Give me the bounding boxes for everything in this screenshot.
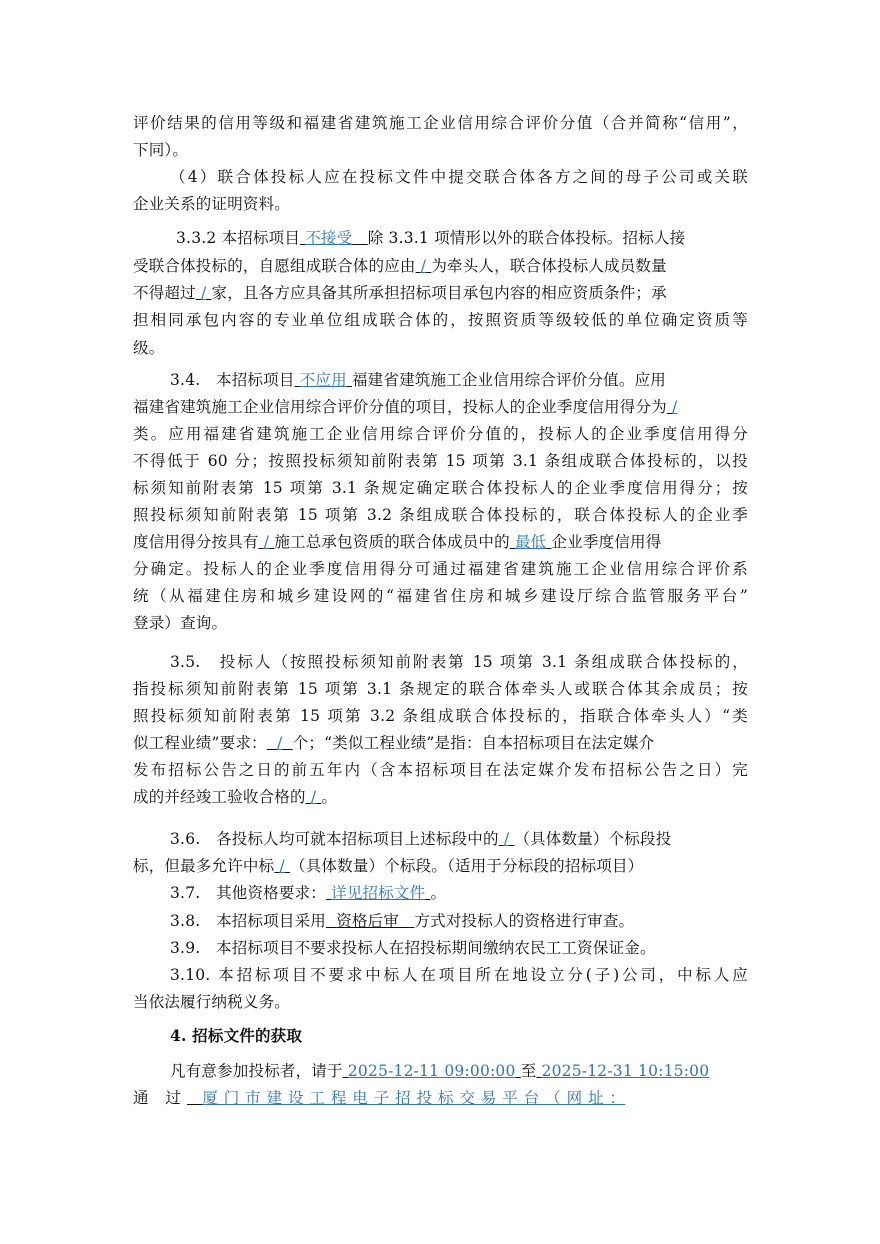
- text: 3.8. 本招标项目采用: [170, 912, 326, 930]
- text: 3.5. 投标人（按照投标须知前附表第 15 项第 3.1 条组成联合体投标的，: [170, 653, 748, 671]
- clause-3-9: 3.9. 本招标项目不要求投标人在招投标期间缴纳农民工工资保证金。: [170, 937, 748, 959]
- text: 受联合体投标的，自愿组成联合体的应由: [133, 257, 416, 275]
- text-line: 照投标须知前附表第 15 项第 3.2 条组成联合体投标的，联合体投标人的企业季: [133, 504, 748, 526]
- text: 登录）查询。: [133, 614, 227, 632]
- text: 成的并经竣工验收合格的: [133, 788, 306, 806]
- end-datetime-field: 2025-12-31 10:15:00: [542, 1062, 710, 1080]
- text: 照投标须知前附表第 15 项第 3.2 条组成联合体投标的，联合体投标人的企业季: [133, 506, 748, 524]
- credit-class-field: /: [672, 398, 677, 416]
- clause-3-10: 3.10. 本招标项目不要求中标人在项目所在地设立分(子)公司，中标人应: [170, 964, 748, 986]
- joint-bid-field: 不接受: [305, 229, 352, 247]
- text: 企业季度信用得: [552, 533, 662, 551]
- text: （具体数量）个标段。（适用于分标段的招标项目）: [290, 857, 643, 875]
- text-line: 登录）查询。: [133, 612, 748, 634]
- text-line: 统（从福建住房和城乡建设网的“福建省住房和城乡建设厅综合监管服务平台”: [133, 585, 748, 607]
- other-requirements-field: 详见招标文件: [331, 884, 425, 902]
- text-line: 不得超过 / 家，且各方应具备其所承担招标项目承包内容的相应资质条件；承: [133, 282, 748, 304]
- credit-apply-field: 不应用: [300, 371, 347, 389]
- text: 为牵头人，联合体投标人成员数量: [431, 257, 667, 275]
- text-line: 类。应用福建省建筑施工企业信用综合评价分值的，投标人的企业季度信用得分: [133, 423, 748, 445]
- text: 福建省建筑施工企业信用综合评价分值的项目，投标人的企业季度信用得分为: [133, 398, 667, 416]
- text-line: 评价结果的信用等级和福建省建筑施工企业信用综合评价分值（合并简称“信用”，: [133, 112, 748, 134]
- text: 企业关系的证明资料。: [133, 195, 290, 213]
- heading-text: 4. 招标文件的获取: [170, 1026, 302, 1045]
- start-datetime-field: 2025-12-11 09:00:00: [348, 1062, 516, 1080]
- text: 指投标须知前附表第 15 项第 3.1 条规定的联合体牵头人或联合体其余成员；按: [133, 680, 748, 698]
- text: 标须知前附表第 15 项第 3.1 条规定确定联合体投标人的企业季度信用得分；按: [133, 479, 748, 497]
- text: 个；“类似工程业绩”是指：自本招标项目在法定媒介: [293, 734, 655, 752]
- text: （4）联合体投标人应在投标文件中提交联合体各方之间的母子公司或关联: [170, 168, 748, 186]
- underline-pad: [399, 912, 414, 930]
- text: 标，但最多允许中标: [133, 857, 274, 875]
- text-line: 似工程业绩”要求： / 个；“类似工程业绩”是指：自本招标项目在法定媒介: [133, 732, 748, 754]
- text: 分确定。投标人的企业季度信用得分可通过福建省建筑施工企业信用综合评价系: [133, 560, 748, 578]
- text-line: 担相同承包内容的专业单位组成联合体的，按照资质等级较低的单位确定资质等: [133, 309, 748, 331]
- platform-line: 通 过 厦 门 市 建 设 工 程 电 子 招 投 标 交 易 平 台 （ 网 …: [133, 1087, 748, 1109]
- underline-pad: [187, 1089, 202, 1107]
- text: （具体数量）个标段投: [514, 830, 671, 848]
- text: 施工总承包资质的联合体成员中的: [274, 533, 510, 551]
- text: 3.4. 本招标项目: [170, 371, 295, 389]
- text: 除 3.3.1 项情形以外的联合体投标。招标人接: [368, 229, 686, 247]
- clause-3-7: 3.7. 其他资格要求： 详见招标文件 。: [170, 882, 748, 904]
- text: 级。: [133, 339, 164, 357]
- text-line: 企业关系的证明资料。: [133, 193, 748, 215]
- text: 照投标须知前附表第 15 项第 3.2 条组成联合体投标的，指联合体牵头人）“类: [133, 707, 748, 725]
- doc-acquisition-line: 凡有意参加投标者，请于 2025-12-11 09:00:00 至 2025-1…: [170, 1060, 748, 1082]
- text: 担相同承包内容的专业单位组成联合体的，按照资质等级较低的单位确定资质等: [133, 311, 748, 329]
- text-line: 下同）。: [133, 139, 748, 161]
- document-page: 评价结果的信用等级和福建省建筑施工企业信用综合评价分值（合并简称“信用”， 下同…: [0, 0, 880, 1244]
- clause-3-6: 3.6. 各投标人均可就本招标项目上述标段中的 / （具体数量）个标段投: [170, 828, 748, 850]
- text: 评价结果的信用等级和福建省建筑施工企业信用综合评价分值（合并简称“信用”，: [133, 114, 748, 132]
- text: 方式对投标人的资格进行审查。: [414, 912, 634, 930]
- text: 不得低于 60 分；按照投标须知前附表第 15 项第 3.1 条组成联合体投标的…: [133, 452, 748, 470]
- text-line: 受联合体投标的，自愿组成联合体的应由 / 为牵头人，联合体投标人成员数量: [133, 255, 748, 277]
- text: 似工程业绩”要求：: [133, 734, 267, 752]
- text-line: 成的并经竣工验收合格的 / 。: [133, 786, 748, 808]
- text: 发布招标公告之日的前五年内（含本招标项目在法定媒介发布招标公告之日）完: [133, 761, 748, 779]
- text-line: 指投标须知前附表第 15 项第 3.1 条规定的联合体牵头人或联合体其余成员；按: [133, 678, 748, 700]
- clause-3-8: 3.8. 本招标项目采用 资格后审 方式对投标人的资格进行审查。: [170, 910, 748, 932]
- underline-pad: [326, 912, 336, 930]
- text-line: 发布招标公告之日的前五年内（含本招标项目在法定媒介发布招标公告之日）完: [133, 759, 748, 781]
- text: 3.10. 本招标项目不要求中标人在项目所在地设立分(子)公司，中标人应: [170, 966, 748, 984]
- paragraph-4: （4）联合体投标人应在投标文件中提交联合体各方之间的母子公司或关联: [170, 166, 748, 188]
- text: 3.3.2 本招标项目: [176, 229, 300, 247]
- text: 3.9. 本招标项目不要求投标人在招投标期间缴纳农民工工资保证金。: [170, 939, 656, 957]
- text-line: 当依法履行纳税义务。: [133, 991, 748, 1013]
- text-line: 照投标须知前附表第 15 项第 3.2 条组成联合体投标的，指联合体牵头人）“类: [133, 705, 748, 727]
- review-method-field: 资格后审: [336, 912, 399, 930]
- text: 度信用得分按具有: [133, 533, 259, 551]
- text: 凡有意参加投标者，请于: [170, 1062, 343, 1080]
- text: 3.7. 其他资格要求：: [170, 884, 326, 902]
- text-line: 分确定。投标人的企业季度信用得分可通过福建省建筑施工企业信用综合评价系: [133, 558, 748, 580]
- text-line: 度信用得分按具有 / 施工总承包资质的联合体成员中的 最低 企业季度信用得: [133, 531, 748, 553]
- text-line: 标，但最多允许中标 / （具体数量）个标段。（适用于分标段的招标项目）: [133, 855, 748, 877]
- text-line: 级。: [133, 337, 748, 359]
- text: 不得超过: [133, 284, 196, 302]
- clause-3-3-2: 3.3.2 本招标项目 不接受 除 3.3.1 项情形以外的联合体投标。招标人接: [176, 227, 754, 249]
- text: 类。应用福建省建筑施工企业信用综合评价分值的，投标人的企业季度信用得分: [133, 425, 748, 443]
- clause-3-5: 3.5. 投标人（按照投标须知前附表第 15 项第 3.1 条组成联合体投标的，: [170, 651, 748, 673]
- text: 统（从福建住房和城乡建设网的“福建省住房和城乡建设厅综合监管服务平台”: [133, 587, 748, 605]
- underline-pad: [282, 734, 292, 752]
- underline-pad: [267, 734, 277, 752]
- text: 通 过: [133, 1089, 187, 1107]
- section-heading-4: 4. 招标文件的获取: [170, 1025, 748, 1047]
- text: 3.6. 各投标人均可就本招标项目上述标段中的: [170, 830, 499, 848]
- text: 。: [321, 788, 337, 806]
- text: 家，且各方应具备其所承担招标项目承包内容的相应资质条件；承: [212, 284, 667, 302]
- text: 。: [430, 884, 446, 902]
- clause-3-4: 3.4. 本招标项目 不应用 福建省建筑施工企业信用综合评价分值。应用: [170, 369, 748, 391]
- text: 下同）。: [133, 141, 188, 159]
- underline-pad: [352, 229, 367, 247]
- text-line: 标须知前附表第 15 项第 3.1 条规定确定联合体投标人的企业季度信用得分；按: [133, 477, 748, 499]
- text-line: 福建省建筑施工企业信用综合评价分值的项目，投标人的企业季度信用得分为 /: [133, 396, 748, 418]
- text: 福建省建筑施工企业信用综合评价分值。应用: [352, 371, 666, 389]
- text-line: 不得低于 60 分；按照投标须知前附表第 15 项第 3.1 条组成联合体投标的…: [133, 450, 748, 472]
- text: 至: [521, 1062, 537, 1080]
- text: 当依法履行纳税义务。: [133, 993, 290, 1011]
- platform-field: 厦 门 市 建 设 工 程 电 子 招 投 标 交 易 平 台 （ 网 址 ：: [202, 1089, 625, 1107]
- credit-basis-field: 最低: [515, 533, 546, 551]
